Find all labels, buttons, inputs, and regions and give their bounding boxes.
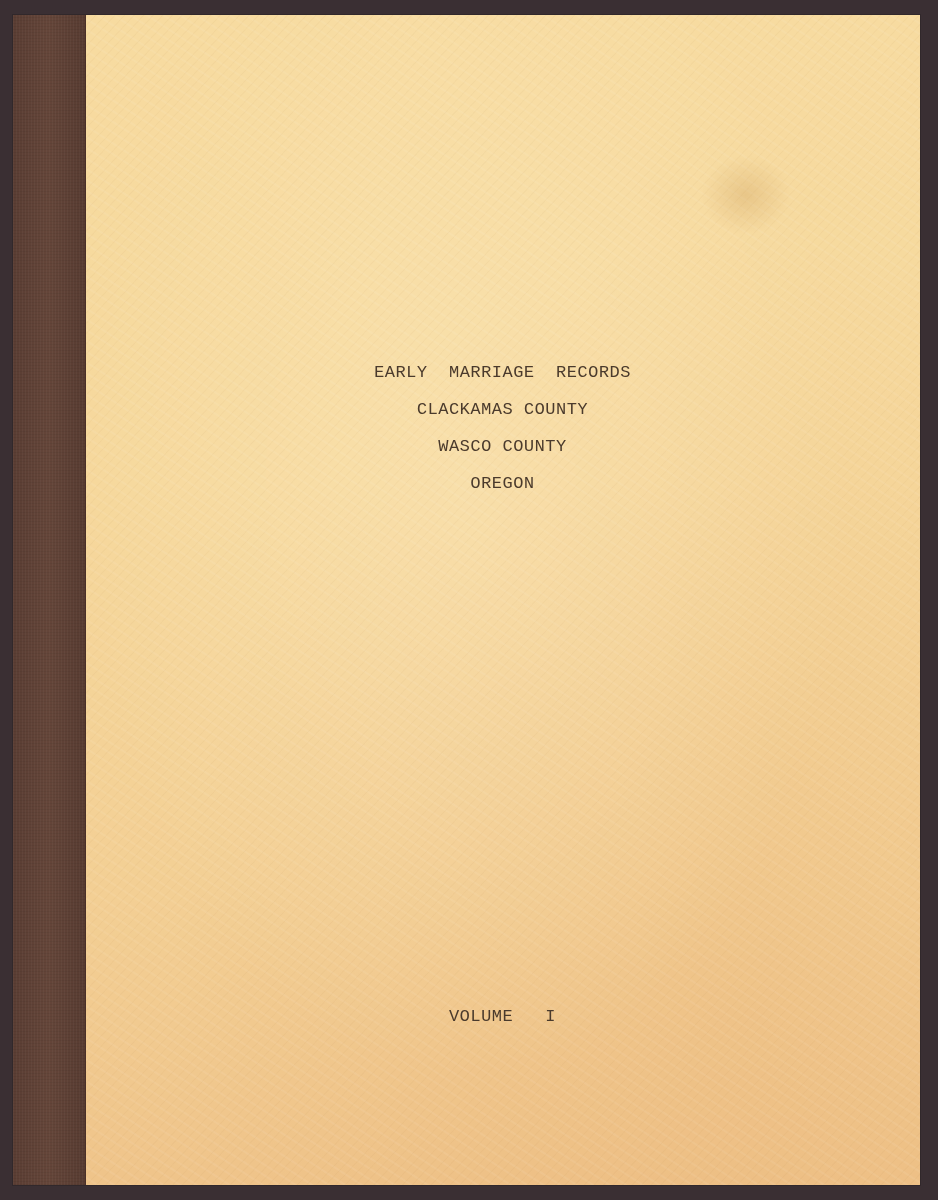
title-line-2: CLACKAMAS COUNTY bbox=[85, 392, 920, 429]
cover-stain bbox=[701, 155, 791, 235]
volume-label: VOLUME I bbox=[13, 1008, 920, 1027]
book-cover: EARLY MARRIAGE RECORDS CLACKAMAS COUNTY … bbox=[13, 15, 920, 1185]
title-line-4: OREGON bbox=[85, 466, 920, 503]
cover-title: EARLY MARRIAGE RECORDS CLACKAMAS COUNTY … bbox=[13, 355, 920, 503]
title-line-3: WASCO COUNTY bbox=[85, 429, 920, 466]
title-line-1: EARLY MARRIAGE RECORDS bbox=[85, 355, 920, 392]
